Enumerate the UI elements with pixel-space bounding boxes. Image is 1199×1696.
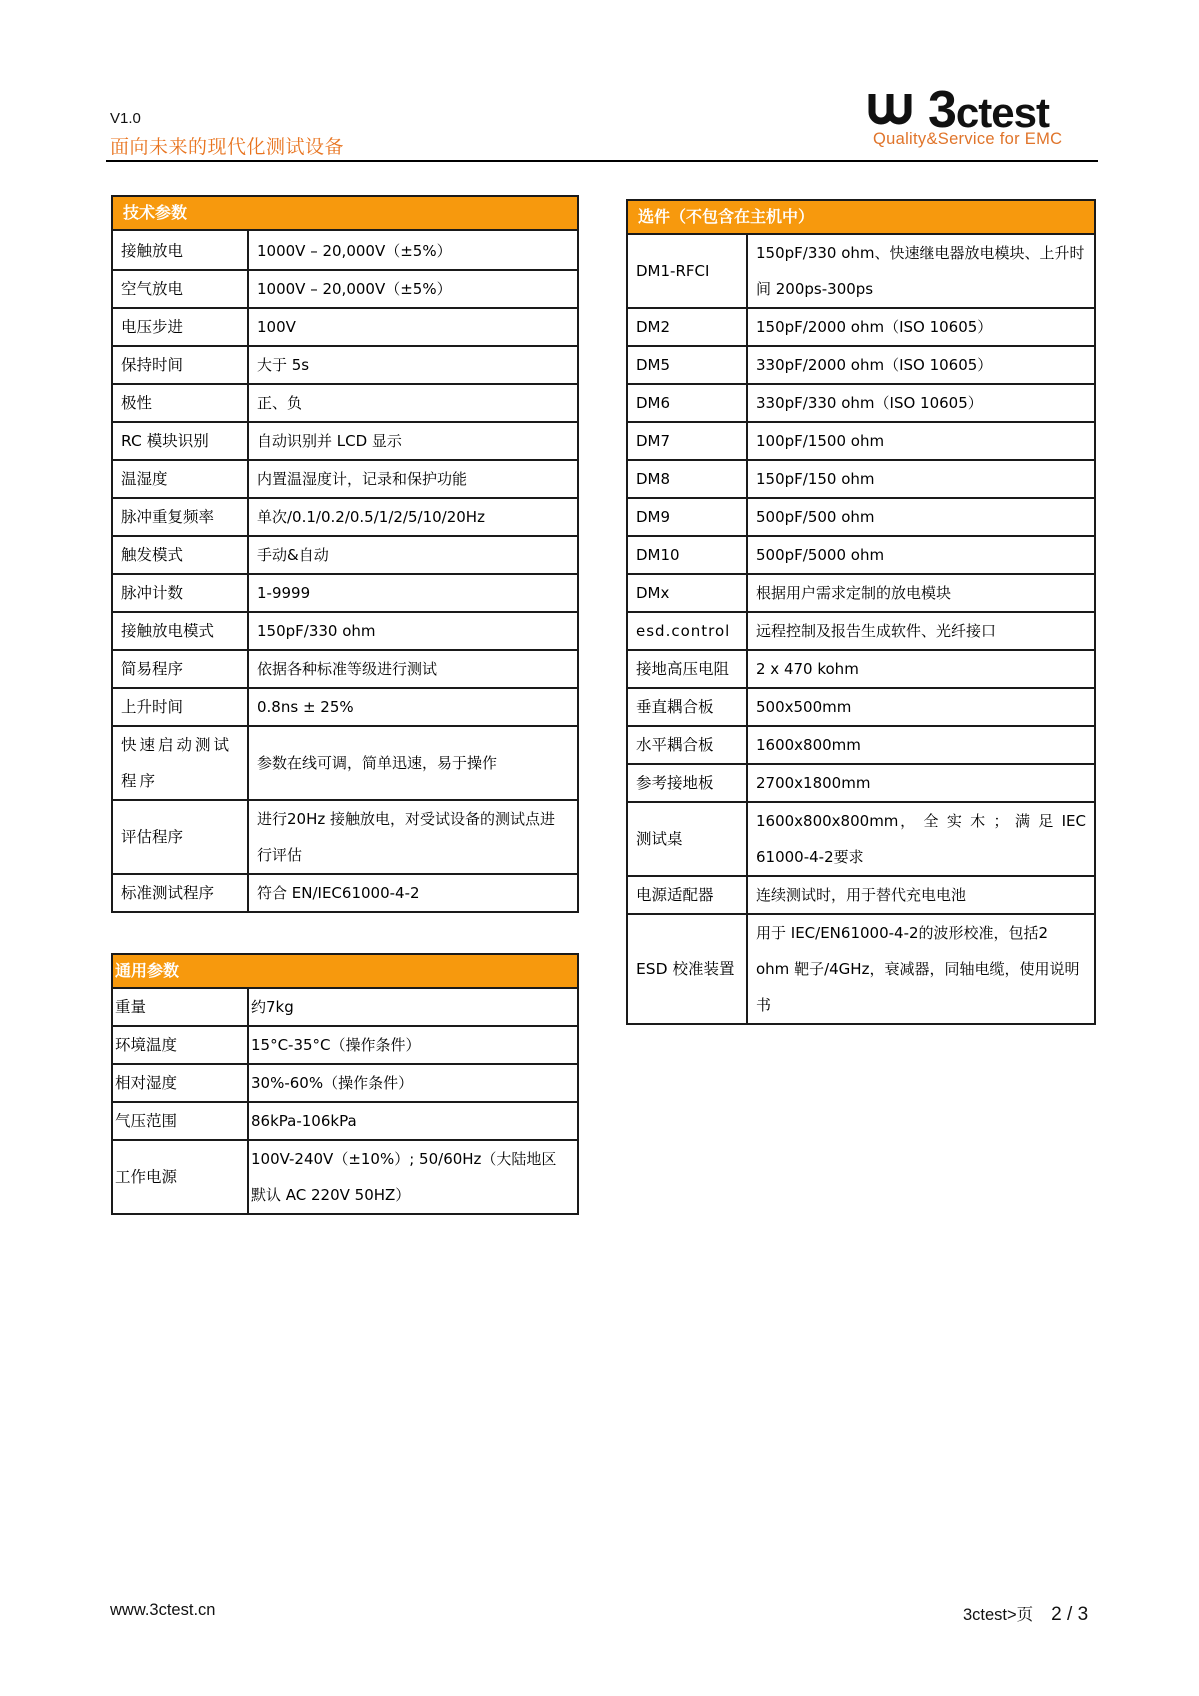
row-value: 用于 IEC/EN61000-4-2的波形校准，包括2 ohm 靶子/4GHz，…	[747, 914, 1095, 1024]
row-label: 接触放电	[112, 230, 248, 270]
row-value: 参数在线可调，简单迅速，易于操作	[248, 726, 578, 800]
row-value: 远程控制及报告生成软件、光纤接口	[747, 612, 1095, 650]
row-value: 330pF/2000 ohm（ISO 10605）	[747, 346, 1095, 384]
row-label: 垂直耦合板	[627, 688, 747, 726]
row-label: 测试桌	[627, 802, 747, 876]
table-row: 电源适配器连续测试时，用于替代充电电池	[627, 876, 1095, 914]
row-value: 2 x 470 kohm	[747, 650, 1095, 688]
row-value: 500pF/5000 ohm	[747, 536, 1095, 574]
row-value: 约7kg	[248, 988, 578, 1026]
row-value: 0.8ns ± 25%	[248, 688, 578, 726]
table-row: 极性正、负	[112, 384, 578, 422]
row-value: 大于 5s	[248, 346, 578, 384]
table-row: 工作电源100V-240V（±10%）; 50/60Hz（大陆地区默认 AC 2…	[112, 1140, 578, 1214]
row-value: 86kPa-106kPa	[248, 1102, 578, 1140]
table-row: DM7100pF/1500 ohm	[627, 422, 1095, 460]
row-value: 150pF/330 ohm、快速继电器放电模块、上升时间 200ps-300ps	[747, 234, 1095, 308]
row-value: 1600x800mm	[747, 726, 1095, 764]
row-label: 工作电源	[112, 1140, 248, 1214]
row-label: DM8	[627, 460, 747, 498]
table-row: 垂直耦合板500x500mm	[627, 688, 1095, 726]
row-value: 正、负	[248, 384, 578, 422]
table-row: 气压范围86kPa-106kPa	[112, 1102, 578, 1140]
footer-page-info: 3ctest>页2 / 3	[963, 1601, 1088, 1626]
row-label: RC 模块识别	[112, 422, 248, 460]
row-value: 150pF/330 ohm	[248, 612, 578, 650]
table-row: DM2150pF/2000 ohm（ISO 10605）	[627, 308, 1095, 346]
row-value: 330pF/330 ohm（ISO 10605）	[747, 384, 1095, 422]
row-label: 电压步进	[112, 308, 248, 346]
row-label: DM5	[627, 346, 747, 384]
table-row: DM5330pF/2000 ohm（ISO 10605）	[627, 346, 1095, 384]
row-value: 手动&自动	[248, 536, 578, 574]
table-row: 接触放电模式150pF/330 ohm	[112, 612, 578, 650]
general-params-table: 通用参数 重量约7kg 环境温度15°C-35°C（操作条件） 相对湿度30%-…	[111, 953, 579, 1215]
table-row: DM1-RFCI150pF/330 ohm、快速继电器放电模块、上升时间 200…	[627, 234, 1095, 308]
table-row: 空气放电1000V – 20,000V（±5%）	[112, 270, 578, 308]
page-number: 2 / 3	[1051, 1604, 1088, 1625]
row-label: DM6	[627, 384, 747, 422]
row-label: 环境温度	[112, 1026, 248, 1064]
row-value: 1600x800x800mm， 全 实 木 ； 满 足 IEC 61000-4-…	[747, 802, 1095, 876]
row-value: 单次/0.1/0.2/0.5/1/2/5/10/20Hz	[248, 498, 578, 536]
row-value: 100V-240V（±10%）; 50/60Hz（大陆地区默认 AC 220V …	[248, 1140, 578, 1214]
row-value: 100V	[248, 308, 578, 346]
table-row: DMx根据用户需求定制的放电模块	[627, 574, 1095, 612]
options-title: 选件（不包含在主机中）	[627, 200, 1095, 234]
row-label: 温湿度	[112, 460, 248, 498]
row-value: 150pF/2000 ohm（ISO 10605）	[747, 308, 1095, 346]
row-label: 标准测试程序	[112, 874, 248, 912]
table-row: 环境温度15°C-35°C（操作条件）	[112, 1026, 578, 1064]
table-row: 触发模式手动&自动	[112, 536, 578, 574]
table-row: 接地高压电阻2 x 470 kohm	[627, 650, 1095, 688]
row-label: 气压范围	[112, 1102, 248, 1140]
row-value: 1000V – 20,000V（±5%）	[248, 230, 578, 270]
table-row: 重量约7kg	[112, 988, 578, 1026]
row-label: 空气放电	[112, 270, 248, 308]
row-value: 15°C-35°C（操作条件）	[248, 1026, 578, 1064]
row-value: 30%-60%（操作条件）	[248, 1064, 578, 1102]
row-label: ESD 校准装置	[627, 914, 747, 1024]
logo-subtitle: Quality&Service for EMC	[873, 130, 1062, 149]
table-row: 温湿度内置温湿度计，记录和保护功能	[112, 460, 578, 498]
table-row: 水平耦合板1600x800mm	[627, 726, 1095, 764]
table-row: 接触放电1000V – 20,000V（±5%）	[112, 230, 578, 270]
row-value: 150pF/150 ohm	[747, 460, 1095, 498]
row-label: 保持时间	[112, 346, 248, 384]
table-row: ESD 校准装置用于 IEC/EN61000-4-2的波形校准，包括2 ohm …	[627, 914, 1095, 1024]
table-row: DM10500pF/5000 ohm	[627, 536, 1095, 574]
row-value: 连续测试时，用于替代充电电池	[747, 876, 1095, 914]
table-row: DM6330pF/330 ohm（ISO 10605）	[627, 384, 1095, 422]
footer-website: www.3ctest.cn	[110, 1601, 215, 1620]
document-tagline: 面向未来的现代化测试设备	[110, 132, 344, 159]
row-value: 1000V – 20,000V（±5%）	[248, 270, 578, 308]
options-table: 选件（不包含在主机中） DM1-RFCI150pF/330 ohm、快速继电器放…	[626, 199, 1096, 1025]
row-label: esd.control	[627, 612, 747, 650]
row-label: 脉冲计数	[112, 574, 248, 612]
tech-params-title: 技术参数	[112, 196, 578, 230]
row-value: 1-9999	[248, 574, 578, 612]
table-row: 上升时间0.8ns ± 25%	[112, 688, 578, 726]
company-logo: 3ctest Quality&Service for EMC	[868, 86, 1100, 152]
row-value: 符合 EN/IEC61000-4-2	[248, 874, 578, 912]
tech-params-table: 技术参数 接触放电1000V – 20,000V（±5%） 空气放电1000V …	[111, 195, 579, 913]
row-label: 相对湿度	[112, 1064, 248, 1102]
footer-page-label: 3ctest>页	[963, 1606, 1033, 1624]
table-row: DM9500pF/500 ohm	[627, 498, 1095, 536]
row-value: 500x500mm	[747, 688, 1095, 726]
row-label: 触发模式	[112, 536, 248, 574]
row-value: 2700x1800mm	[747, 764, 1095, 802]
table-row: 简易程序依据各种标准等级进行测试	[112, 650, 578, 688]
table-row: 标准测试程序符合 EN/IEC61000-4-2	[112, 874, 578, 912]
row-label: 电源适配器	[627, 876, 747, 914]
header-divider	[106, 160, 1098, 162]
row-label: DM1-RFCI	[627, 234, 747, 308]
table-row: 参考接地板2700x1800mm	[627, 764, 1095, 802]
table-row: esd.control远程控制及报告生成软件、光纤接口	[627, 612, 1095, 650]
row-label: 上升时间	[112, 688, 248, 726]
table-row: 相对湿度30%-60%（操作条件）	[112, 1064, 578, 1102]
table-row: 测试桌1600x800x800mm， 全 实 木 ； 满 足 IEC 61000…	[627, 802, 1095, 876]
row-label: 重量	[112, 988, 248, 1026]
row-label: DM9	[627, 498, 747, 536]
row-value: 依据各种标准等级进行测试	[248, 650, 578, 688]
row-label: 接地高压电阻	[627, 650, 747, 688]
table-row: 保持时间大于 5s	[112, 346, 578, 384]
row-label: DM10	[627, 536, 747, 574]
row-value: 根据用户需求定制的放电模块	[747, 574, 1095, 612]
document-version: V1.0	[110, 110, 141, 127]
table-row: 快速启动测试程序参数在线可调，简单迅速，易于操作	[112, 726, 578, 800]
table-row: 评估程序进行20Hz 接触放电，对受试设备的测试点进行评估	[112, 800, 578, 874]
row-value: 500pF/500 ohm	[747, 498, 1095, 536]
row-label: 极性	[112, 384, 248, 422]
row-label: 简易程序	[112, 650, 248, 688]
row-label: DMx	[627, 574, 747, 612]
table-row: 电压步进100V	[112, 308, 578, 346]
row-label: DM2	[627, 308, 747, 346]
table-row: RC 模块识别自动识别并 LCD 显示	[112, 422, 578, 460]
row-label: 快速启动测试程序	[112, 726, 248, 800]
row-label: DM7	[627, 422, 747, 460]
table-row: 脉冲重复频率单次/0.1/0.2/0.5/1/2/5/10/20Hz	[112, 498, 578, 536]
row-value: 100pF/1500 ohm	[747, 422, 1095, 460]
table-row: 脉冲计数1-9999	[112, 574, 578, 612]
table-row: DM8150pF/150 ohm	[627, 460, 1095, 498]
row-label: 水平耦合板	[627, 726, 747, 764]
3ctest-logo-icon	[868, 90, 912, 126]
row-value: 进行20Hz 接触放电，对受试设备的测试点进行评估	[248, 800, 578, 874]
row-value: 自动识别并 LCD 显示	[248, 422, 578, 460]
row-label: 参考接地板	[627, 764, 747, 802]
row-label: 评估程序	[112, 800, 248, 874]
row-label: 脉冲重复频率	[112, 498, 248, 536]
general-params-title: 通用参数	[112, 954, 578, 988]
row-label: 接触放电模式	[112, 612, 248, 650]
row-value: 内置温湿度计，记录和保护功能	[248, 460, 578, 498]
